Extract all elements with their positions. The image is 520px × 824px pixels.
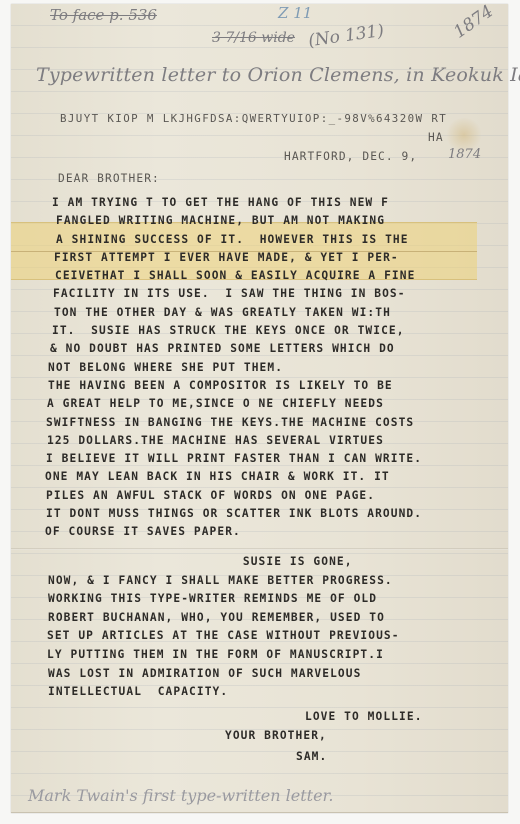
body-line: & NO DOUBT HAS PRINTED SOME LETTERS WHIC… xyxy=(50,340,422,358)
body-line: LY PUTTING THEM IN THE FORM OF MANUSCRIP… xyxy=(47,646,400,665)
annotation-title: Typewritten letter to Orion Clemens, in … xyxy=(36,64,520,86)
annotation-catalog-code: Z 11 xyxy=(278,4,312,22)
body-line: WORKING THIS TYPE-WRITER REMINDS ME OF O… xyxy=(48,590,400,609)
body-line: OF COURSE IT SAVES PAPER. xyxy=(45,523,422,541)
body-line: IT. SUSIE HAS STRUCK THE KEYS ONCE OR TW… xyxy=(52,322,422,340)
body-line: A GREAT HELP TO ME,SINCE O NE CHIEFLY NE… xyxy=(47,395,422,413)
body-line: THE HAVING BEEN A COMPOSITOR IS LIKELY T… xyxy=(48,377,422,395)
body-line: ROBERT BUCHANAN, WHO, YOU REMEMBER, USED… xyxy=(48,609,400,628)
body-line: IT DONT MUSS THINGS OR SCATTER INK BLOTS… xyxy=(46,505,422,523)
body-line: INTELLECTUAL CAPACITY. xyxy=(48,683,400,702)
dateline-year: 1874 xyxy=(448,147,481,162)
body-line: 125 DOLLARS.THE MACHINE HAS SEVERAL VIRT… xyxy=(47,432,422,450)
annotation-bottom: Mark Twain's first type-written letter. xyxy=(28,786,334,805)
signature: SAM. xyxy=(296,750,327,763)
annotation-to-face-page: To face p. 536 xyxy=(50,6,157,24)
letter-body: I AM TRYING T TO GET THE HANG OF THIS NE… xyxy=(50,194,422,542)
annotation-width: 3 7/16 wide xyxy=(212,30,295,46)
body-line: WAS LOST IN ADMIRATION OF SUCH MARVELOUS xyxy=(48,665,400,684)
body-line: PILES AN AWFUL STACK OF WORDS ON ONE PAG… xyxy=(46,487,422,505)
body-line: SUSIE IS GONE, xyxy=(47,553,400,572)
paper-fold xyxy=(11,548,508,550)
body-line: SET UP ARTICLES AT THE CASE WITHOUT PREV… xyxy=(47,627,400,646)
letter-body-continued: SUSIE IS GONE, NOW, & I FANCY I SHALL MA… xyxy=(47,553,400,702)
body-line: I BELIEVE IT WILL PRINT FASTER THAN I CA… xyxy=(46,450,422,468)
body-line: NOT BELONG WHERE SHE PUT THEM. xyxy=(48,359,422,377)
closing-line: LOVE TO MOLLIE. xyxy=(305,710,423,723)
typewriter-test-line-2: HA xyxy=(428,131,444,144)
body-line: SWIFTNESS IN BANGING THE KEYS.THE MACHIN… xyxy=(46,414,422,432)
body-line: I AM TRYING T TO GET THE HANG OF THIS NE… xyxy=(52,194,422,212)
body-line: ONE MAY LEAN BACK IN HIS CHAIR & WORK IT… xyxy=(45,468,422,486)
salutation: DEAR BROTHER: xyxy=(58,172,160,185)
typewriter-test-line: BJUYT KIOP M LKJHGFDSA:QWERTYUIOP:_-98V%… xyxy=(60,112,447,125)
body-line: FIRST ATTEMPT I EVER HAVE MADE, & YET I … xyxy=(54,249,422,267)
body-line: FACILITY IN ITS USE. I SAW THE THING IN … xyxy=(53,285,422,303)
body-line: NOW, & I FANCY I SHALL MAKE BETTER PROGR… xyxy=(48,572,400,591)
body-line: FANGLED WRITING MACHINE, BUT AM NOT MAKI… xyxy=(56,212,422,230)
body-line: CEIVETHAT I SHALL SOON & EASILY ACQUIRE … xyxy=(55,267,422,285)
dateline: HARTFORD, DEC. 9, xyxy=(284,150,417,163)
body-line: TON THE OTHER DAY & WAS GREATLY TAKEN WI… xyxy=(54,304,422,322)
body-line: A SHINING SUCCESS OF IT. HOWEVER THIS IS… xyxy=(56,231,422,249)
signoff-line: YOUR BROTHER, xyxy=(225,729,327,742)
